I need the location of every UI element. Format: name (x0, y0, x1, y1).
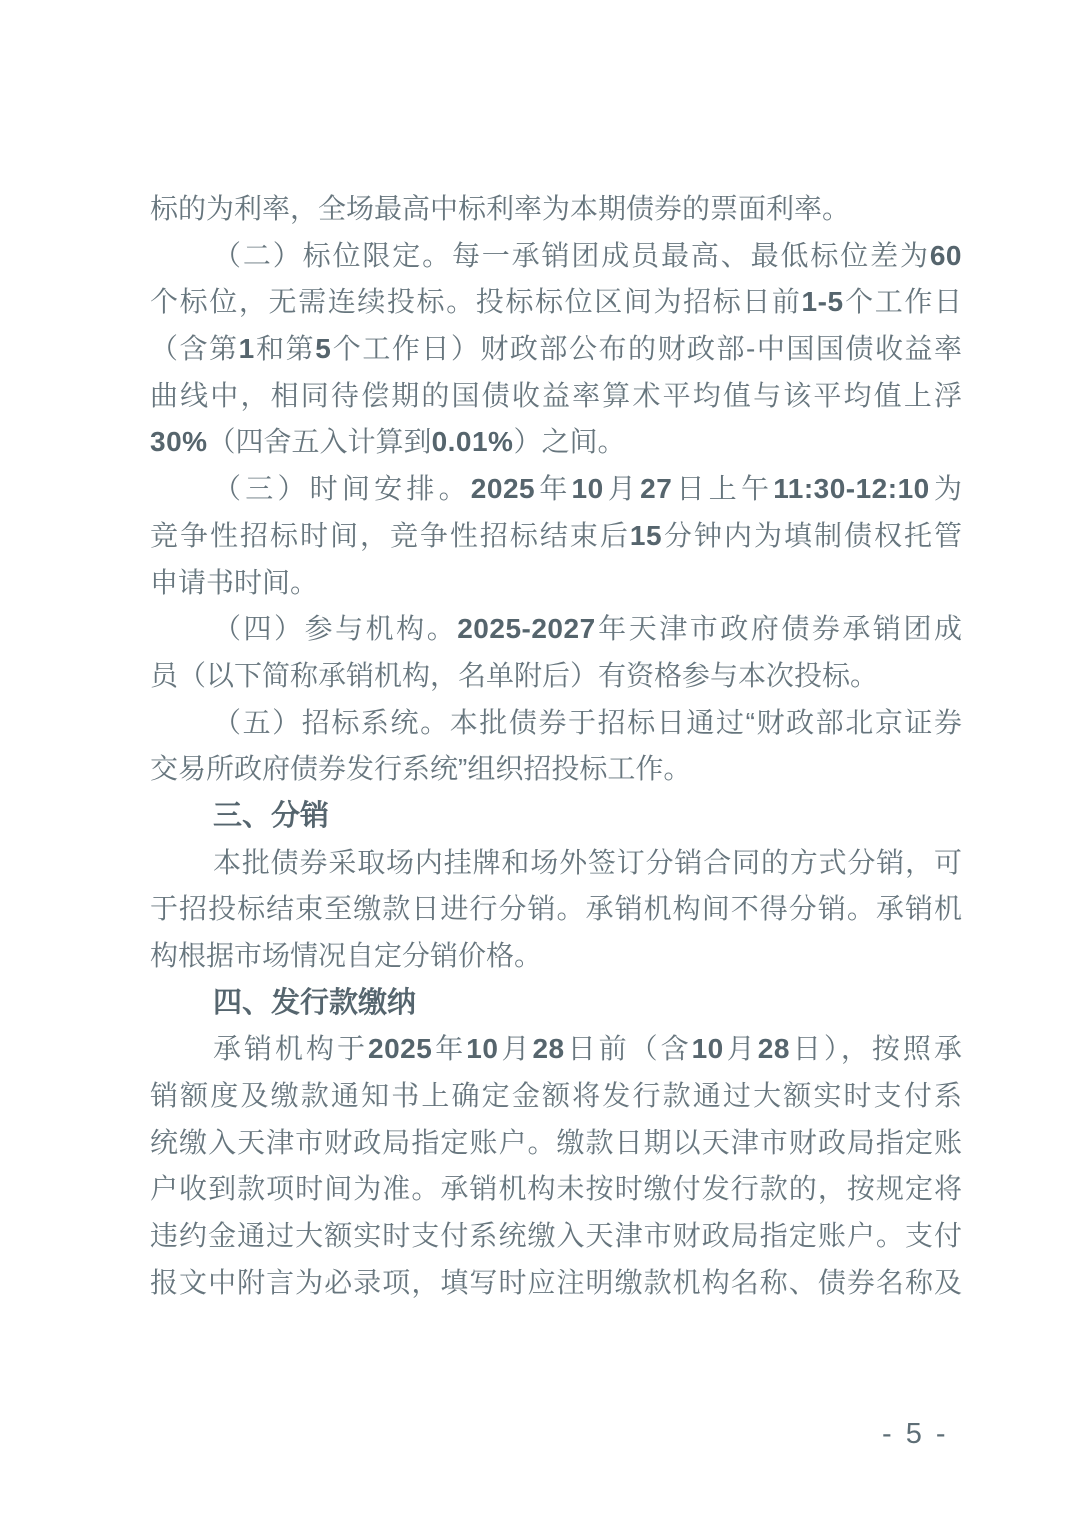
body-text-line: 申请书时间。 (150, 560, 962, 607)
document-page: 标的为利率，全场最高中标利率为本期债券的票面利率。 （二）标位限定。每一承销团成… (0, 0, 1075, 1521)
body-text-line: 曲线中，相同待偿期的国债收益率算术平均值与该平均值上浮 (150, 373, 962, 420)
section-heading-payment: 四、发行款缴纳 (150, 980, 962, 1027)
body-text-line: 报文中附言为必录项，填写时应注明缴款机构名称、债券名称及 (150, 1260, 962, 1307)
body-text-line: 构根据市场情况自定分销价格。 (150, 933, 962, 980)
body-text-line: 承销机构于2025年10月28日前（含10月28日），按照承 (150, 1026, 962, 1073)
body-text-line: （五）招标系统。本批债券于招标日通过“财政部北京证券 (150, 700, 962, 747)
body-text-line: 30%（四舍五入计算到0.01%）之间。 (150, 419, 962, 466)
body-text-line: 员（以下简称承销机构，名单附后）有资格参与本次投标。 (150, 653, 962, 700)
body-text-line: 统缴入天津市财政局指定账户。缴款日期以天津市财政局指定账 (150, 1120, 962, 1167)
body-text-line: 于招投标结束至缴款日进行分销。承销机构间不得分销。承销机 (150, 886, 962, 933)
body-text-line: 交易所政府债券发行系统”组织招投标工作。 (150, 746, 962, 793)
body-text-line: 标的为利率，全场最高中标利率为本期债券的票面利率。 (150, 186, 962, 233)
body-text-line: 违约金通过大额实时支付系统缴入天津市财政局指定账户。支付 (150, 1213, 962, 1260)
page-number: - 5 - (882, 1418, 949, 1451)
body-text-line: （二）标位限定。每一承销团成员最高、最低标位差为60 (150, 233, 962, 280)
body-text-line: （四）参与机构。2025-2027年天津市政府债券承销团成 (150, 606, 962, 653)
document-text-block: 标的为利率，全场最高中标利率为本期债券的票面利率。 （二）标位限定。每一承销团成… (150, 186, 962, 1307)
section-heading-distribution: 三、分销 (150, 793, 962, 840)
body-text-line: 户收到款项时间为准。承销机构未按时缴付发行款的，按规定将 (150, 1166, 962, 1213)
body-text-line: （三）时间安排。2025年10月27日上午11:30-12:10为 (150, 466, 962, 513)
body-text-line: 本批债券采取场内挂牌和场外签订分销合同的方式分销，可 (150, 840, 962, 887)
body-text-line: （含第1和第5个工作日）财政部公布的财政部-中国国债收益率 (150, 326, 962, 373)
body-text-line: 个标位，无需连续投标。投标标位区间为招标日前1-5个工作日 (150, 279, 962, 326)
body-text-line: 销额度及缴款通知书上确定金额将发行款通过大额实时支付系 (150, 1073, 962, 1120)
body-text-line: 竞争性招标时间，竞争性招标结束后15分钟内为填制债权托管 (150, 513, 962, 560)
